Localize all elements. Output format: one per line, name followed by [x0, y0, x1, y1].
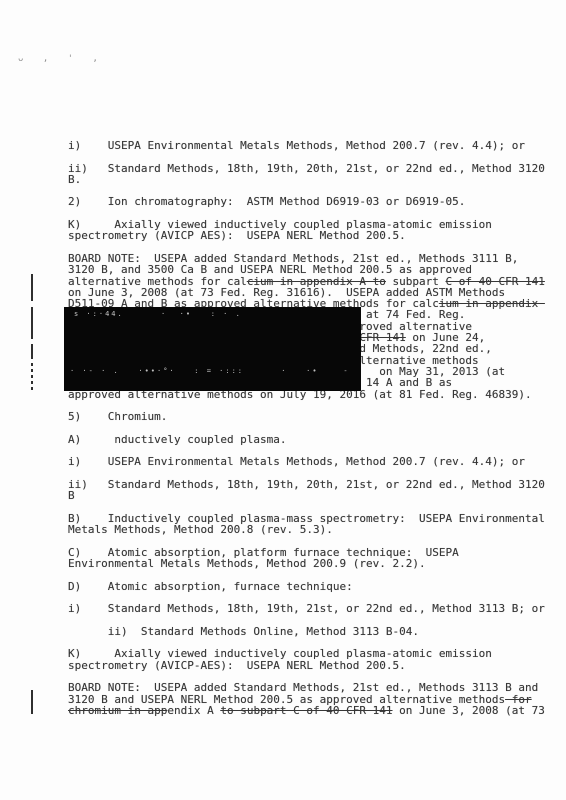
text-segment: 5) Chromium. — [68, 410, 167, 423]
text-line: B. — [68, 174, 560, 185]
text-segment: on June 3, 2008 (at 73 — [393, 704, 545, 717]
margin-change-bar — [31, 344, 33, 359]
text-segment: B — [68, 489, 75, 502]
item-ii-standard-methods-online: ii) Standard Methods Online, Method 3113… — [68, 626, 560, 637]
item-5-chromium: 5) Chromium. — [68, 411, 560, 422]
text-line: A) nductively coupled plasma. — [68, 434, 560, 445]
margin-change-bar — [31, 363, 33, 393]
text-segment: spectrometry (AVICP AES): USEPA NERL Met… — [68, 229, 406, 242]
text-line: B — [68, 490, 560, 501]
text-segment: spectrometry (AVICP-AES): USEPA NERL Met… — [68, 659, 406, 672]
text-segment: ii) Standard Methods, 18th, 19th, 20th, … — [68, 478, 545, 491]
board-note-calcium-redacted: at 74 Fed. Reg. roved alternative CFR 14… — [68, 309, 560, 399]
text-segment: ii) Standard Methods, 18th, 19th, 20th, … — [68, 162, 545, 175]
item-2-ion-chromatography: 2) Ion chromatography: ASTM Method D6919… — [68, 196, 560, 207]
text-segment: ii) Standard Methods Online, Method 3113… — [68, 625, 419, 638]
redaction-box: s ·:·44. · ·• : · .· ·- · . ·••·°· : = ·… — [64, 307, 361, 391]
text-segment: Environmental Metals Methods, Method 200… — [68, 557, 426, 570]
board-note-chromium: BOARD NOTE: USEPA added Standard Methods… — [68, 682, 560, 716]
text-line: 5) Chromium. — [68, 411, 560, 422]
text-line: Metals Methods, Method 200.8 (rev. 5.3). — [68, 524, 560, 535]
text-line: i) USEPA Environmental Metals Methods, M… — [68, 140, 560, 151]
pencil-marks: ᴗ , ' , — [18, 54, 105, 65]
text-line: spectrometry (AVICP AES): USEPA NERL Met… — [68, 230, 560, 241]
text-segment: 2) Ion chromatography: ASTM Method D6919… — [68, 195, 465, 208]
item-i-standard-methods-3113: i) Standard Methods, 18th, 19th, 21st, o… — [68, 603, 560, 614]
redaction-scan-noise: · ·- · . ·••·°· : = ·::: · ·• - — [70, 368, 350, 375]
margin-change-bar — [31, 274, 33, 301]
text-line: i) Standard Methods, 18th, 19th, 21st, o… — [68, 603, 560, 614]
text-line: ii) Standard Methods, 18th, 19th, 20th, … — [68, 479, 560, 490]
text-segment: B. — [68, 173, 81, 186]
text-segment: i) Standard Methods, 18th, 19th, 21st, o… — [68, 602, 545, 615]
document-text: i) USEPA Environmental Metals Methods, M… — [68, 140, 560, 727]
text-line: i) USEPA Environmental Metals Methods, M… — [68, 456, 560, 467]
text-segment: endix A — [167, 704, 220, 717]
item-d-furnace-technique: D) Atomic absorption, furnace technique: — [68, 581, 560, 592]
text-line: chromium in appendix A to subpart C of 4… — [68, 705, 560, 716]
scanned-document-page: ᴗ , ' , i) USEPA Environmental Metals Me… — [0, 0, 566, 800]
item-b-icp-ms: B) Inductively coupled plasma-mass spect… — [68, 513, 560, 536]
text-segment: A) nductively coupled plasma. — [68, 433, 287, 446]
item-i-calcium: i) USEPA Environmental Metals Methods, M… — [68, 140, 560, 151]
item-k-avicp-aes-chromium: K) Axially viewed inductively coupled pl… — [68, 648, 560, 671]
item-c-platform-furnace: C) Atomic absorption, platform furnace t… — [68, 547, 560, 570]
board-note-calcium: BOARD NOTE: USEPA added Standard Methods… — [68, 253, 560, 309]
item-i-chromium: i) USEPA Environmental Metals Methods, M… — [68, 456, 560, 467]
margin-change-bar — [31, 690, 33, 714]
text-line: spectrometry (AVICP-AES): USEPA NERL Met… — [68, 660, 560, 671]
redaction-scan-noise: s ·:·44. · ·• : · . — [74, 311, 242, 318]
text-segment: i) USEPA Environmental Metals Methods, M… — [68, 455, 525, 468]
text-line: 2) Ion chromatography: ASTM Method D6919… — [68, 196, 560, 207]
struck-text: chromium in app — [68, 704, 167, 717]
item-k-avicp-aes: K) Axially viewed inductively coupled pl… — [68, 219, 560, 242]
text-line: Environmental Metals Methods, Method 200… — [68, 558, 560, 569]
item-a-inductively-coupled-plasma: A) nductively coupled plasma. — [68, 434, 560, 445]
item-ii-calcium: ii) Standard Methods, 18th, 19th, 20th, … — [68, 163, 560, 186]
text-segment: i) USEPA Environmental Metals Methods, M… — [68, 139, 525, 152]
text-line: ii) Standard Methods Online, Method 3113… — [68, 626, 560, 637]
text-segment: D) Atomic absorption, furnace technique: — [68, 580, 353, 593]
text-line: ii) Standard Methods, 18th, 19th, 20th, … — [68, 163, 560, 174]
text-line: D) Atomic absorption, furnace technique: — [68, 581, 560, 592]
text-segment: Metals Methods, Method 200.8 (rev. 5.3). — [68, 523, 333, 536]
margin-change-bar — [31, 307, 33, 339]
item-ii-chromium: ii) Standard Methods, 18th, 19th, 20th, … — [68, 479, 560, 502]
struck-text: to subpart C of 40 CFR 141 — [220, 704, 392, 717]
